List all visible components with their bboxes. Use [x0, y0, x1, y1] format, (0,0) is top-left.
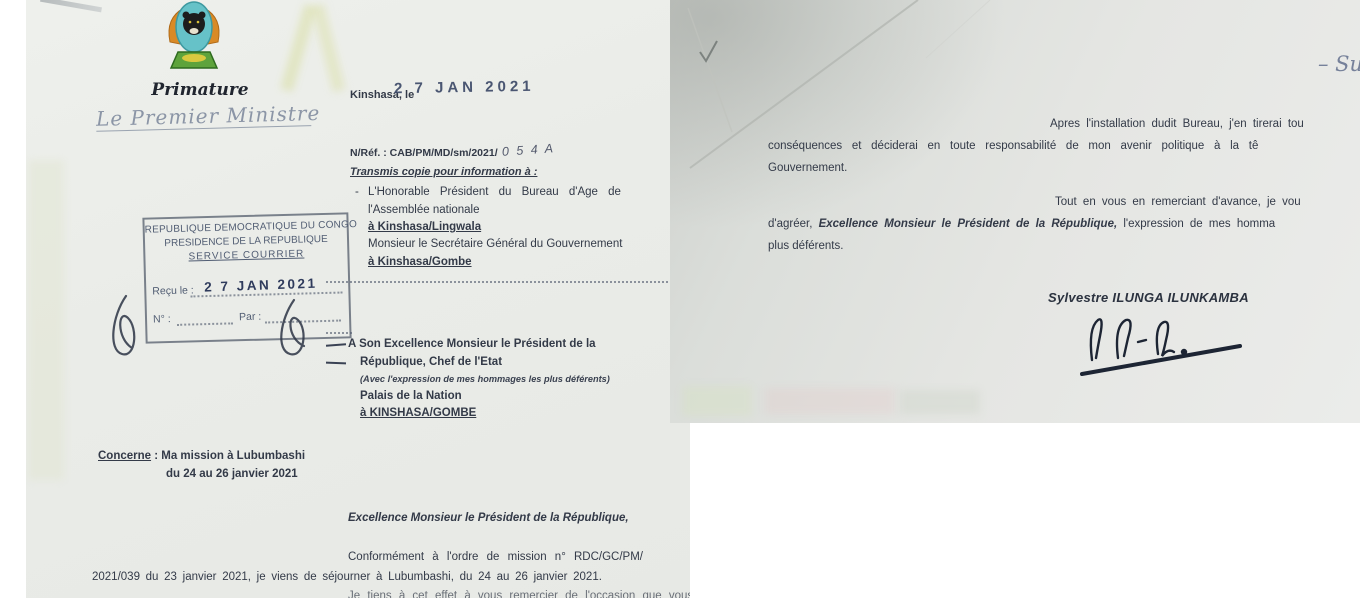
- transmis-heading: Transmis copie pour information à :: [350, 166, 537, 178]
- cursive-edge-fragment: – Su: [1318, 52, 1360, 76]
- para1-line3: Gouvernement.: [768, 162, 847, 174]
- subject-line: Concerne : Ma mission à Lubumbashi: [98, 450, 305, 462]
- addressee-line1: A Son Excellence Monsieur le Président d…: [348, 338, 596, 350]
- para2-line2-emphasis: Excellence Monsieur le Président de la R…: [819, 218, 1118, 230]
- bleedthrough-watermark: [280, 4, 317, 92]
- transmis-item2-line1: Monsieur le Secrétaire Général du Gouver…: [368, 238, 622, 250]
- para2-line3: plus déférents.: [768, 240, 843, 252]
- paper-tint: [765, 388, 895, 414]
- transmis-item1-line2: l'Assemblée nationale: [368, 204, 480, 216]
- transmis-item1-line1: L'Honorable Président du Bureau d'Age de: [368, 186, 621, 198]
- salutation: Excellence Monsieur le Président de la R…: [348, 512, 629, 524]
- para2-line1: Tout en vous en remerciant d'avance, je …: [1055, 196, 1301, 208]
- letter-page-1: Primature Le Premier Ministre Kinshasa, …: [26, 0, 690, 598]
- handwritten-signature: [1070, 308, 1255, 383]
- addressee-courtesy-note: (Avec l'expression de mes hommages les p…: [360, 374, 610, 384]
- subject-line2: du 24 au 26 janvier 2021: [166, 468, 298, 480]
- drc-coat-of-arms-icon: [162, 0, 226, 72]
- body-line1: Conformément à l'ordre de mission n° RDC…: [348, 551, 643, 563]
- transmis-item2-location: à Kinshasa/Gombe: [368, 256, 472, 268]
- body-line2: 2021/039 du 23 janvier 2021, je viens de…: [92, 571, 602, 583]
- subject-label: Concerne: [98, 450, 151, 462]
- scanned-letter-composite: Primature Le Premier Ministre Kinshasa, …: [0, 0, 1360, 598]
- stamp-line3: SERVICE COURRIER: [145, 247, 347, 263]
- para2-line2: d'agréer, Excellence Monsieur le Préside…: [768, 218, 1275, 230]
- addressee-line4: à KINSHASA/GOMBE: [360, 407, 476, 419]
- addressee-line2: République, Chef de l'Etat: [360, 356, 502, 368]
- reference-label: N/Réf. : CAB/PM/MD/sm/2021/: [350, 147, 498, 159]
- stamp-dotted-leader-long: [326, 281, 688, 283]
- transmis-item-dash: -: [355, 186, 359, 198]
- addressee-line3: Palais de la Nation: [360, 390, 462, 402]
- transmis-item1-location: à Kinshasa/Lingwala: [368, 221, 481, 233]
- scan-streak: [40, 0, 102, 12]
- letter-page-2: – Su Apres l'installation dudit Bureau, …: [670, 0, 1360, 423]
- bleedthrough-watermark: [312, 4, 346, 93]
- reference-line: N/Réf. : CAB/PM/MD/sm/2021/ 0 5 4 A: [350, 143, 555, 161]
- paper-tint: [900, 390, 980, 414]
- para1-line2: conséquences et déciderai en toute respo…: [768, 140, 1258, 152]
- paper-tint: [682, 386, 752, 416]
- office-script-title: Le Premier Ministre: [96, 101, 312, 132]
- para1-line1: Apres l'installation dudit Bureau, j'en …: [1050, 118, 1304, 130]
- paper-tint-streak: [28, 160, 64, 480]
- subject-text: : Ma mission à Lubumbashi: [151, 450, 305, 462]
- handwritten-initials: [96, 288, 346, 366]
- body-line3-cut: Je tiens à cet effet à vous remercier de…: [348, 590, 690, 598]
- org-name: Primature: [130, 80, 270, 100]
- reference-number-handwritten: 0 5 4 A: [502, 141, 556, 159]
- para2-line2-post: l'expression de mes homma: [1117, 218, 1275, 230]
- date-stamp: 2 7 JAN 2021: [394, 78, 535, 97]
- dotted-leader-short: [326, 332, 352, 334]
- para2-line2-pre: d'agréer,: [768, 218, 819, 230]
- signatory-name: Sylvestre ILUNGA ILUNKAMBA: [1048, 290, 1249, 305]
- paper-creases: [670, 0, 1360, 423]
